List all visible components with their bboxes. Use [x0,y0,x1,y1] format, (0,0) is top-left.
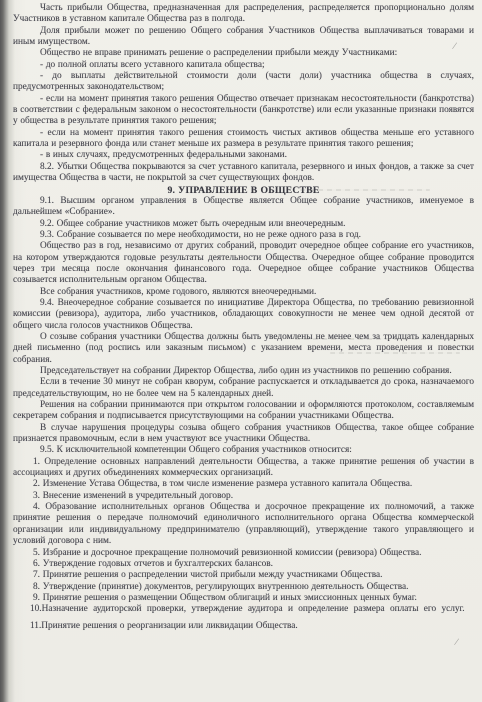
paragraph-extraordinary-note: Все собрания участников, кроме годового,… [13,287,474,298]
list-item-11: 11.Принятие решения о реорганизации или … [13,621,474,632]
list-item-1: 1. Определение основных направлений деят… [13,457,474,480]
list-item-8: 8. Утверждение (принятие) документов, ре… [13,582,474,593]
list-item-5: 5. Избрание и досрочное прекращение полн… [13,548,474,559]
scan-smudge [295,338,465,340]
dash-item-share-value: - до выплаты действительной стоимости до… [13,71,474,94]
paragraph-profit-distribution: Часть прибыли Общества, предназначенная … [13,3,474,26]
dash-item-other-cases: - в иных случаях, предусмотренных федера… [13,150,474,161]
paragraph-8-2-losses: 8.2. Убытки Общества покрываются за счет… [13,162,474,185]
scan-smudge [330,352,460,354]
paragraph-profit-payment-form: Доля прибыли может по решению Общего соб… [13,26,474,49]
document-text: Часть прибыли Общества, предназначенная … [13,3,474,632]
paragraph-annual-meeting: Общество раз в год, независимо от других… [13,241,474,286]
scan-smudge [300,189,430,191]
paragraph-9-4: 9.4. Внеочередное собрание созывается по… [13,298,474,332]
paragraph-9-1: 9.1. Высшим органом управления в Обществ… [13,196,474,219]
list-item-10: 10.Назначение аудиторской проверки, утве… [2,604,474,615]
list-item-2: 2. Изменение Устава Общества, в том числ… [13,479,474,490]
list-item-6: 6. Утверждение годовых отчетов и бухгалт… [13,559,474,570]
list-item-7: 7. Принятие решения о распределении чист… [13,570,474,581]
list-item-9: 9. Принятие решения о размещении Обществ… [13,593,474,604]
paragraph-9-3: 9.3. Собрание созывается по мере необход… [13,230,474,241]
paragraph-9-5-intro: 9.5. К исключительной компетенции Общего… [13,445,474,456]
list-item-3: 3. Внесение изменений в учредительный до… [13,491,474,502]
paragraph-9-2: 9.2. Общее собрание участников может быт… [13,219,474,230]
paragraph-meeting-chair: Председательствует на собрании Директор … [13,366,474,377]
paragraph-procedure-violation: В случае нарушения процедуры созыва обще… [13,423,474,446]
scanned-document-page: Часть прибыли Общества, предназначенная … [0,0,482,702]
dash-item-insolvency: - если на момент принятия такого решения… [13,94,474,128]
paragraph-restrictions-intro: Общество не вправе принимать решение о р… [13,48,474,59]
pencil-tick-mark: / [454,637,458,648]
paragraph-quorum: Если в течение 30 минут не собран кворум… [13,377,474,400]
dash-item-capital-payment: - до полной оплаты всего уставного капит… [13,60,474,71]
paragraph-voting-protocol: Решения на собрании принимаются при откр… [13,400,474,423]
dash-item-net-assets: - если на момент принятия такого решения… [13,128,474,151]
list-item-4: 4. Образование исполнительных органов Об… [13,502,474,547]
